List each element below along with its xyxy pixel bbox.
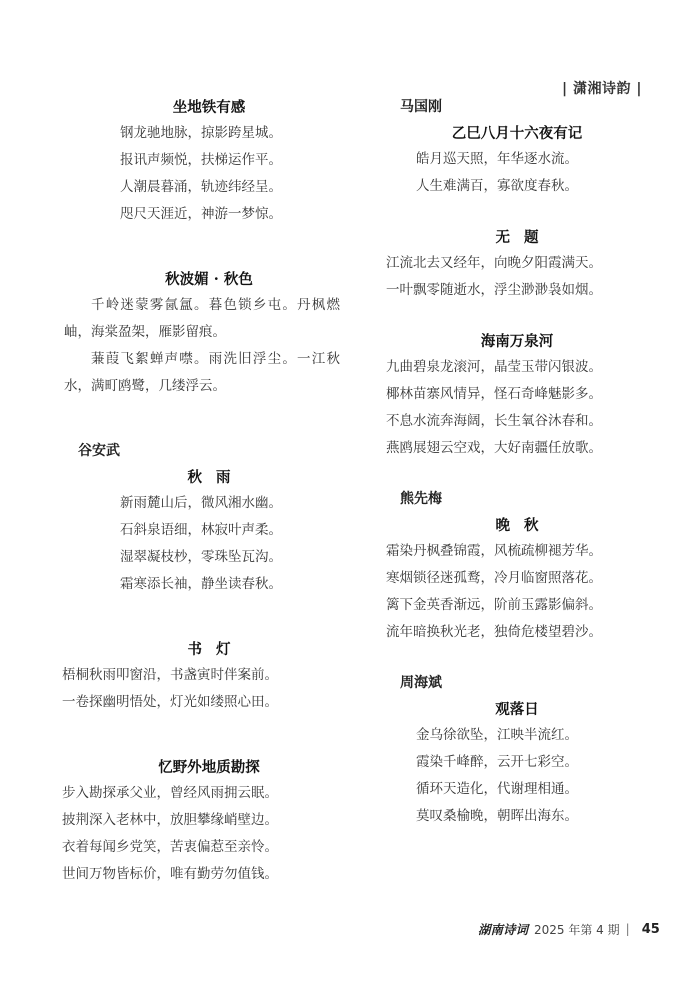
- poem-line: 披荆深入老林中，放胆攀缘峭壁边。: [62, 807, 340, 834]
- poem-line: 霜染丹枫叠锦霞，风梳疏柳褪芳华。: [386, 538, 648, 565]
- poem-line: 莫叹桑榆晚，朝晖出海东。: [386, 803, 648, 830]
- poem-line: 九曲碧泉龙滚河，晶莹玉带闪银波。: [386, 354, 648, 381]
- poem-body: 九曲碧泉龙滚河，晶莹玉带闪银波。 椰林苗寨风情异，怪石奇峰魅影多。 不息水流奔海…: [386, 354, 648, 462]
- page-number: 45: [642, 922, 660, 937]
- section-tag: | 潇湘诗韵 |: [562, 78, 642, 98]
- poem-line: 一叶飘零随逝水，浮尘渺渺袅如烟。: [386, 277, 648, 304]
- poem-title: 海南万泉河: [386, 330, 648, 354]
- poem-title: 坐地铁有感: [78, 96, 340, 120]
- author-name: 谷安武: [78, 440, 340, 462]
- poem-line: 人生难满百，寡欲度春秋。: [386, 173, 648, 200]
- poem-line: 衣着每闻乡党笑，苦衷偏惹至亲怜。: [62, 834, 340, 861]
- poem-line: 燕鸥展翅云空戏，大好南疆任放歌。: [386, 435, 648, 462]
- poem-title: 无题: [386, 226, 648, 250]
- poem-title: 观落日: [386, 698, 648, 722]
- author-name: 周海斌: [400, 672, 648, 694]
- poem-line: 寒烟锁径迷孤鹜，冷月临窗照落花。: [386, 565, 648, 592]
- issue-label: 2025 年第 4 期: [534, 921, 620, 938]
- poem-line: 咫尺天涯近，神游一梦惊。: [78, 201, 340, 228]
- poem-line: 报讯声频悦，扶梯运作平。: [78, 147, 340, 174]
- poem-line: 霜寒添长袖，静坐读春秋。: [78, 571, 340, 598]
- poem-line: 金乌徐欲坠，江映半流红。: [386, 722, 648, 749]
- journal-logo: 湖南诗词: [478, 920, 528, 938]
- poem-body: 步入勘探承父业，曾经风雨拥云眠。 披荆深入老林中，放胆攀缘峭壁边。 衣着每闻乡党…: [62, 780, 340, 888]
- poem-body: 新雨麓山后，微风湘水幽。 石斜泉语细，林寂叶声柔。 湿翠凝枝杪，零珠坠瓦沟。 霜…: [78, 490, 340, 598]
- poem-body: 梧桐秋雨叩窗沿，书盏寅时伴案前。 一卷探幽明悟处，灯光如缕照心田。: [62, 662, 340, 716]
- poem-line: 湿翠凝枝杪，零珠坠瓦沟。: [78, 544, 340, 571]
- poem-body: 千岭迷蒙雾氤氲。暮色锁乡屯。丹枫燃岫，海棠盈架，雁影留痕。 蒹葭飞絮蝉声噤。雨洗…: [64, 292, 340, 400]
- footer-separator: |: [626, 922, 630, 936]
- poem-line: 皓月巡天照，年华逐水流。: [386, 146, 648, 173]
- poem-line: 石斜泉语细，林寂叶声柔。: [78, 517, 340, 544]
- poem-body: 金乌徐欲坠，江映半流红。 霞染千峰醉，云开七彩空。 循环天造化，代谢理相通。 莫…: [386, 722, 648, 830]
- poem-line: 椰林苗寨风情异，怪石奇峰魅影多。: [386, 381, 648, 408]
- poem-title: 书灯: [78, 638, 340, 662]
- poem-title: 晚秋: [386, 514, 648, 538]
- poem-title: 忆野外地质勘探: [78, 756, 340, 780]
- page-footer: 湖南诗词 2025 年第 4 期 | 45: [478, 920, 660, 938]
- poem-body: 皓月巡天照，年华逐水流。 人生难满百，寡欲度春秋。: [386, 146, 648, 200]
- poem-body: 霜染丹枫叠锦霞，风梳疏柳褪芳华。 寒烟锁径迷孤鹜，冷月临窗照落花。 篱下金英香渐…: [386, 538, 648, 646]
- poem-line: 新雨麓山后，微风湘水幽。: [78, 490, 340, 517]
- poem-line: 不息水流奔海阔，长生氧谷沐春和。: [386, 408, 648, 435]
- poem-title: 秋波媚 · 秋色: [78, 268, 340, 292]
- poem-paragraph: 蒹葭飞絮蝉声噤。雨洗旧浮尘。一江秋水，满町鸥鹭，几缕浮云。: [64, 346, 340, 400]
- poem-line: 一卷探幽明悟处，灯光如缕照心田。: [62, 689, 340, 716]
- poem-body: 钢龙驰地脉，掠影跨星城。 报讯声频悦，扶梯运作平。 人潮晨暮涌，轨迹纬经呈。 咫…: [78, 120, 340, 228]
- poem-line: 人潮晨暮涌，轨迹纬经呈。: [78, 174, 340, 201]
- poem-title: 秋雨: [78, 466, 340, 490]
- poem-line: 梧桐秋雨叩窗沿，书盏寅时伴案前。: [62, 662, 340, 689]
- poem-line: 步入勘探承父业，曾经风雨拥云眠。: [62, 780, 340, 807]
- poem-line: 流年暗换秋光老，独倚危楼望碧沙。: [386, 619, 648, 646]
- poem-line: 循环天造化，代谢理相通。: [386, 776, 648, 803]
- author-name: 熊先梅: [400, 488, 648, 510]
- poem-title: 乙巳八月十六夜有记: [386, 122, 648, 146]
- poem-line: 篱下金英香渐远，阶前玉露影偏斜。: [386, 592, 648, 619]
- poem-body: 江流北去又经年，向晚夕阳霞满天。 一叶飘零随逝水，浮尘渺渺袅如烟。: [386, 250, 648, 304]
- author-name: 马国刚: [400, 96, 648, 118]
- poem-paragraph: 千岭迷蒙雾氤氲。暮色锁乡屯。丹枫燃岫，海棠盈架，雁影留痕。: [64, 292, 340, 346]
- left-column: 坐地铁有感 钢龙驰地脉，掠影跨星城。 报讯声频悦，扶梯运作平。 人潮晨暮涌，轨迹…: [78, 96, 340, 888]
- right-column: 马国刚 乙巳八月十六夜有记 皓月巡天照，年华逐水流。 人生难满百，寡欲度春秋。 …: [386, 96, 648, 830]
- poem-line: 世间万物皆标价，唯有勤劳勿值钱。: [62, 861, 340, 888]
- poem-line: 钢龙驰地脉，掠影跨星城。: [78, 120, 340, 147]
- poem-line: 霞染千峰醉，云开七彩空。: [386, 749, 648, 776]
- poem-line: 江流北去又经年，向晚夕阳霞满天。: [386, 250, 648, 277]
